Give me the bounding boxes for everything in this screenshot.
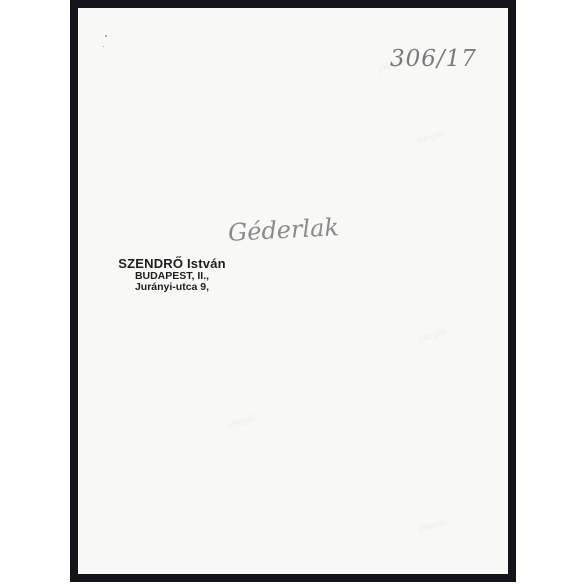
watermark: jófogás [417,516,448,534]
stamp-street: Jurányi-utca 9, [92,282,252,293]
photo-frame: 306/17 Géderlak SZENDRŐ István BUDAPEST,… [70,0,516,582]
photographer-stamp: SZENDRŐ István BUDAPEST, II., Jurányi-ut… [92,257,252,293]
photo-back-paper: 306/17 Géderlak SZENDRŐ István BUDAPEST,… [78,8,508,574]
stamp-city: BUDAPEST, II., [92,271,252,282]
watermark: jófogás [415,128,446,146]
paper-speck [105,35,107,37]
paper-speck [103,46,104,47]
handwritten-place-name: Géderlak [227,213,339,247]
watermark: jófogás [227,412,258,430]
stamp-name: SZENDRŐ István [92,257,252,271]
watermark: jófogás [417,326,448,344]
